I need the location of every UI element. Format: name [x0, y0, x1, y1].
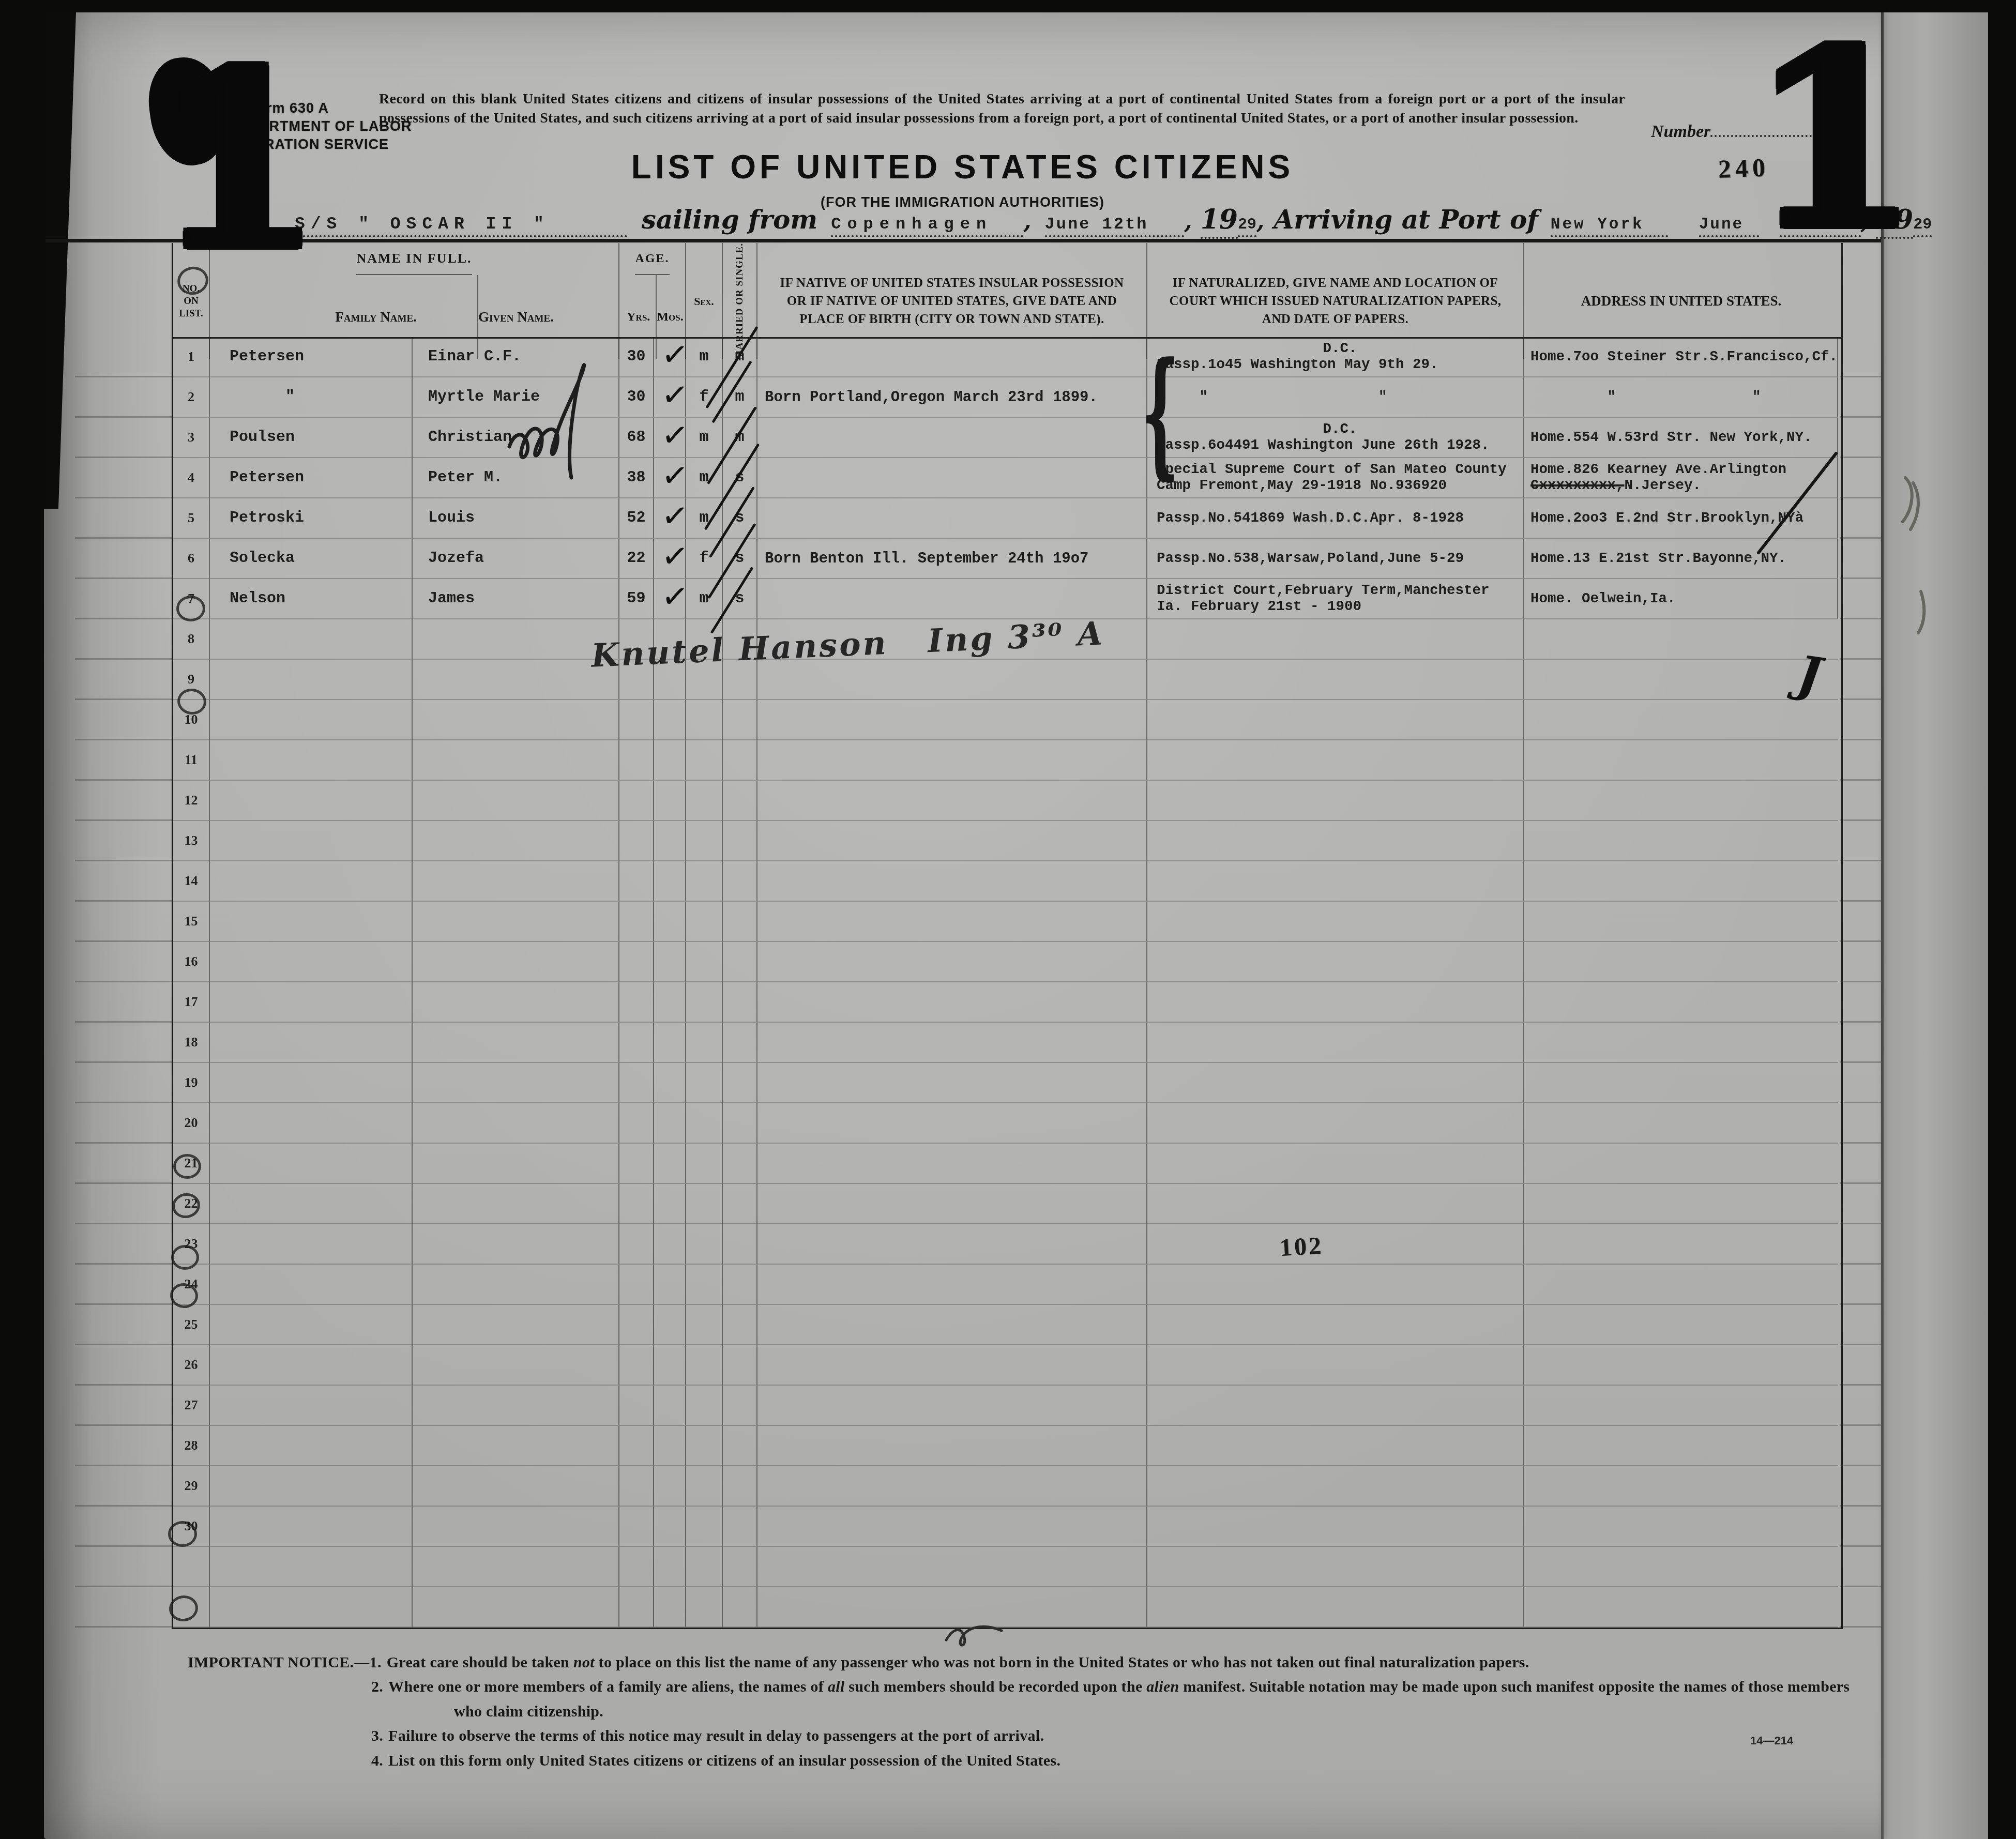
- cell-age-months: [654, 1184, 686, 1224]
- cell-given-name: [413, 982, 619, 1023]
- cell-birth-info: [757, 337, 1147, 377]
- year-printed: 19: [1201, 204, 1238, 239]
- table-row: [173, 1587, 1841, 1628]
- col-header-age: AGE.: [635, 243, 669, 275]
- cell-line-number: 16: [173, 942, 210, 982]
- cell-age-years: 52: [619, 498, 654, 539]
- cell-given-name: James: [413, 579, 619, 619]
- cell-age-years: [619, 781, 654, 821]
- cell-marital-status: [723, 1587, 757, 1628]
- cell-us-address: [1524, 1587, 1838, 1628]
- cell-age-years: [619, 1386, 654, 1426]
- form-instructions: Record on this blank United States citiz…: [379, 90, 1625, 128]
- cell-birth-info: [757, 942, 1147, 982]
- cell-birth-info: [757, 1466, 1147, 1507]
- cell-sex: [686, 1265, 723, 1305]
- cell-age-years: [619, 1144, 654, 1184]
- cell-line-number: [173, 1547, 210, 1587]
- cell-family-name: [210, 942, 413, 982]
- cell-marital-status: [723, 942, 757, 982]
- cell-age-months: ✓: [654, 418, 686, 458]
- cell-birth-info: [757, 1063, 1147, 1103]
- cell-marital-status: [723, 1305, 757, 1345]
- cell-line-number: 13: [173, 821, 210, 861]
- cell-birth-info: [757, 1345, 1147, 1386]
- cell-sex: [686, 1103, 723, 1144]
- cell-age-years: [619, 902, 654, 942]
- cell-line-number: 5: [173, 498, 210, 539]
- cell-marital-status: [723, 1547, 757, 1587]
- cell-birth-info: [757, 1305, 1147, 1345]
- cell-family-name: [210, 1184, 413, 1224]
- cell-age-years: [619, 1507, 654, 1547]
- table-row: 11: [173, 740, 1841, 781]
- cell-line-number: 14: [173, 861, 210, 902]
- cell-sex: [686, 1305, 723, 1345]
- cell-marital-status: [723, 781, 757, 821]
- cell-family-name: Nelson: [210, 579, 413, 619]
- cell-family-name: [210, 1144, 413, 1184]
- cell-sex: [686, 821, 723, 861]
- table-row: 4PetersenPeter M.38✓msSpecial Supreme Co…: [173, 458, 1841, 498]
- cell-us-address: [1524, 861, 1838, 902]
- handwritten-brace: {: [1141, 333, 1179, 494]
- cell-sex: [686, 902, 723, 942]
- cell-age-months: [654, 1265, 686, 1305]
- cell-age-months: [654, 1466, 686, 1507]
- cell-line-number: 15: [173, 902, 210, 942]
- cell-us-address: [1524, 1224, 1838, 1265]
- cell-age-years: [619, 982, 654, 1023]
- cell-family-name: Petersen: [210, 337, 413, 377]
- cell-age-months: [654, 1305, 686, 1345]
- cell-naturalization: Passp.No.538,Warsaw,Poland,June 5-29: [1147, 539, 1524, 579]
- cell-birth-info: [757, 418, 1147, 458]
- vessel-name: S/S " OSCAR II ": [295, 215, 627, 237]
- cell-given-name: [413, 1305, 619, 1345]
- cell-given-name: [413, 740, 619, 781]
- cell-given-name: [413, 1547, 619, 1587]
- cell-age-months: [654, 1063, 686, 1103]
- important-notice: IMPORTANT NOTICE.—1.Great care should be…: [188, 1650, 1876, 1773]
- cell-family-name: [210, 1023, 413, 1063]
- cell-us-address: [1524, 942, 1838, 982]
- cell-age-years: 59: [619, 579, 654, 619]
- cell-given-name: [413, 1265, 619, 1305]
- cell-family-name: ": [210, 377, 413, 418]
- cell-age-years: [619, 942, 654, 982]
- cell-marital-status: [723, 740, 757, 781]
- cell-us-address: [1524, 1345, 1838, 1386]
- cell-naturalization: " ": [1147, 377, 1524, 418]
- cell-birth-info: [757, 781, 1147, 821]
- cell-given-name: [413, 902, 619, 942]
- scanner-background: { "page": { "corner_mark": "1", "form_st…: [0, 0, 2016, 1839]
- cell-family-name: [210, 1265, 413, 1305]
- cell-line-number: 8: [173, 619, 210, 660]
- cell-marital-status: [723, 1507, 757, 1547]
- cell-naturalization: [1147, 821, 1524, 861]
- cell-sex: [686, 1023, 723, 1063]
- cell-given-name: [413, 1587, 619, 1628]
- cell-age-months: [654, 861, 686, 902]
- cell-line-number: 19: [173, 1063, 210, 1103]
- cell-birth-info: [757, 821, 1147, 861]
- table-row: 1PetersenEinar C.F.30✓mmD.C.Passp.1o45 W…: [173, 337, 1841, 377]
- cell-birth-info: [757, 902, 1147, 942]
- cell-marital-status: [723, 1224, 757, 1265]
- cell-naturalization: D.C.Passp.1o45 Washington May 9th 29.: [1147, 337, 1524, 377]
- cell-naturalization: [1147, 1507, 1524, 1547]
- cell-age-years: [619, 1224, 654, 1265]
- cell-naturalization: [1147, 781, 1524, 821]
- cell-birth-info: [757, 1547, 1147, 1587]
- cell-age-months: [654, 942, 686, 982]
- cell-given-name: [413, 1103, 619, 1144]
- scan-edge-shadow: [44, 12, 76, 509]
- cell-us-address: [1524, 1547, 1838, 1587]
- arriving-label: Arriving at Port of: [1274, 204, 1538, 235]
- cell-given-name: [413, 942, 619, 982]
- handwritten-circle-mark: [171, 1245, 199, 1270]
- cell-naturalization: [1147, 1345, 1524, 1386]
- handwritten-squiggle: [944, 1619, 1006, 1650]
- manifest-page: 1 1 Form 630 A U. S. DEPARTMENT OF LABOR…: [44, 12, 1988, 1839]
- cell-line-number: 28: [173, 1426, 210, 1466]
- table-row: 26: [173, 1345, 1841, 1386]
- cell-birth-info: [757, 1144, 1147, 1184]
- cell-age-months: [654, 1587, 686, 1628]
- cell-naturalization: [1147, 1426, 1524, 1466]
- cell-us-address: [1524, 619, 1838, 660]
- cell-given-name: Jozefa: [413, 539, 619, 579]
- cell-sex: [686, 1547, 723, 1587]
- cell-naturalization: [1147, 1184, 1524, 1224]
- cell-age-years: [619, 740, 654, 781]
- cell-given-name: [413, 1023, 619, 1063]
- cell-family-name: [210, 1224, 413, 1265]
- cell-naturalization: Passp.No.541869 Wash.D.C.Apr. 8-1928: [1147, 498, 1524, 539]
- cell-us-address: [1524, 1466, 1838, 1507]
- cell-marital-status: [723, 1063, 757, 1103]
- table-row: 17: [173, 982, 1841, 1023]
- cell-family-name: [210, 660, 413, 700]
- cell-us-address: Home.554 W.53rd Str. New York,NY.: [1524, 418, 1838, 458]
- cell-us-address: [1524, 740, 1838, 781]
- cell-birth-info: [757, 498, 1147, 539]
- cell-us-address: [1524, 1265, 1838, 1305]
- cell-age-months: [654, 982, 686, 1023]
- cell-sex: [686, 1224, 723, 1265]
- cell-naturalization: [1147, 1224, 1524, 1265]
- cell-us-address: Home.826 Kearney Ave.ArlingtonCxxxxxxxxx…: [1524, 458, 1838, 498]
- cell-naturalization: [1147, 619, 1524, 660]
- cell-age-months: ✓: [654, 579, 686, 619]
- cell-age-months: ✓: [654, 377, 686, 418]
- cell-given-name: [413, 1345, 619, 1386]
- cell-given-name: [413, 1466, 619, 1507]
- list-number-stamp-right: 1: [1750, 28, 1919, 251]
- table-row: 12: [173, 781, 1841, 821]
- table-row: 22: [173, 1184, 1841, 1224]
- cell-line-number: 11: [173, 740, 210, 781]
- cell-age-years: [619, 1023, 654, 1063]
- cell-age-years: [619, 700, 654, 740]
- notice-item: 2.Where one or more members of a family …: [188, 1675, 1876, 1724]
- cell-sex: [686, 1386, 723, 1426]
- cell-given-name: [413, 1144, 619, 1184]
- cell-us-address: [1524, 1386, 1838, 1426]
- cell-birth-info: [757, 1023, 1147, 1063]
- cell-age-months: [654, 740, 686, 781]
- cell-birth-info: Born Portland,Oregon March 23rd 1899.: [757, 377, 1147, 418]
- cell-family-name: [210, 982, 413, 1023]
- cell-age-months: [654, 1023, 686, 1063]
- cell-sex: m: [686, 458, 723, 498]
- cell-naturalization: [1147, 1587, 1524, 1628]
- cell-given-name: [413, 1184, 619, 1224]
- cell-naturalization: District Court,February Term,ManchesterI…: [1147, 579, 1524, 619]
- cell-age-years: [619, 861, 654, 902]
- departure-date: June 12th: [1045, 215, 1185, 237]
- cell-age-months: ✓: [654, 458, 686, 498]
- cell-sex: [686, 1345, 723, 1386]
- cell-sex: [686, 982, 723, 1023]
- table-row: 25: [173, 1305, 1841, 1345]
- cell-marital-status: [723, 1184, 757, 1224]
- notice-label: IMPORTANT NOTICE.—: [188, 1654, 370, 1671]
- cell-family-name: [210, 740, 413, 781]
- cell-marital-status: [723, 1023, 757, 1063]
- cell-family-name: [210, 1507, 413, 1547]
- comma: ,: [1023, 208, 1031, 234]
- cell-age-years: [619, 1103, 654, 1144]
- cell-naturalization: [1147, 740, 1524, 781]
- cell-us-address: [1524, 1305, 1838, 1345]
- cell-line-number: 4: [173, 458, 210, 498]
- cell-sex: [686, 781, 723, 821]
- departure-year: 29: [1238, 216, 1256, 237]
- cell-line-number: 3: [173, 418, 210, 458]
- page-fold-strip: [1884, 12, 1988, 1839]
- cell-given-name: [413, 861, 619, 902]
- cell-family-name: [210, 1305, 413, 1345]
- col-header-name-in-full: NAME IN FULL.: [356, 243, 472, 275]
- cell-age-months: [654, 1426, 686, 1466]
- table-row: 24: [173, 1265, 1841, 1305]
- arrival-port: New York: [1551, 216, 1668, 237]
- cell-marital-status: [723, 1103, 757, 1144]
- table-body: 1PetersenEinar C.F.30✓mmD.C.Passp.1o45 W…: [172, 337, 1843, 1629]
- cell-family-name: [210, 781, 413, 821]
- cell-age-years: [619, 821, 654, 861]
- cell-age-months: [654, 1224, 686, 1265]
- cell-age-months: [654, 1386, 686, 1426]
- notice-item: 4.List on this form only United States c…: [188, 1749, 1876, 1773]
- table-row: 7NelsonJames59✓msDistrict Court,February…: [173, 579, 1841, 619]
- cell-naturalization: [1147, 861, 1524, 902]
- cell-birth-info: [757, 458, 1147, 498]
- cell-sex: m: [686, 418, 723, 458]
- cell-line-number: 26: [173, 1345, 210, 1386]
- cell-us-address: [1524, 700, 1838, 740]
- cell-sex: m: [686, 498, 723, 539]
- cell-birth-info: [757, 1184, 1147, 1224]
- cell-naturalization: [1147, 700, 1524, 740]
- cell-marital-status: [723, 902, 757, 942]
- cell-us-address: [1524, 660, 1838, 700]
- table-row: 27: [173, 1386, 1841, 1426]
- cell-birth-info: [757, 1386, 1147, 1426]
- cell-birth-info: [757, 1103, 1147, 1144]
- table-row: 2 "Myrtle Marie30✓fmBorn Portland,Oregon…: [173, 377, 1841, 418]
- handwritten-scribble-wife: [502, 354, 631, 493]
- table-row: 5PetroskiLouis52✓msPassp.No.541869 Wash.…: [173, 498, 1841, 539]
- cell-given-name: [413, 1426, 619, 1466]
- table-row: 29: [173, 1466, 1841, 1507]
- cell-age-months: [654, 821, 686, 861]
- cell-given-name: [413, 821, 619, 861]
- cell-age-years: [619, 1587, 654, 1628]
- cell-birth-info: [757, 579, 1147, 619]
- table-row: 13: [173, 821, 1841, 861]
- cell-us-address: [1524, 1426, 1838, 1466]
- table-row: 10: [173, 700, 1841, 740]
- cell-sex: [686, 942, 723, 982]
- cell-marital-status: [723, 1386, 757, 1426]
- cell-naturalization: [1147, 1023, 1524, 1063]
- notice-item: IMPORTANT NOTICE.—1.Great care should be…: [188, 1650, 1876, 1675]
- cell-us-address: [1524, 1144, 1838, 1184]
- handwritten-circle-mark: [173, 1154, 201, 1179]
- cell-us-address: " ": [1524, 377, 1838, 418]
- cell-age-months: [654, 1144, 686, 1184]
- cell-given-name: [413, 781, 619, 821]
- table-row: 28: [173, 1426, 1841, 1466]
- cell-marital-status: [723, 1144, 757, 1184]
- sailing-from-label: sailing from: [642, 204, 817, 235]
- cell-given-name: [413, 1063, 619, 1103]
- cell-sex: [686, 1426, 723, 1466]
- cell-age-months: [654, 1103, 686, 1144]
- cell-birth-info: [757, 700, 1147, 740]
- handwritten-circle-mark: [176, 596, 205, 621]
- cell-sex: [686, 700, 723, 740]
- cell-naturalization: [1147, 982, 1524, 1023]
- table-row: 23: [173, 1224, 1841, 1265]
- cell-age-months: [654, 1345, 686, 1386]
- cell-marital-status: [723, 1466, 757, 1507]
- cell-family-name: [210, 821, 413, 861]
- cell-family-name: Petroski: [210, 498, 413, 539]
- cell-naturalization: [1147, 1386, 1524, 1426]
- ruled-lines-right: [1840, 337, 1881, 1628]
- table-row: 30: [173, 1507, 1841, 1547]
- cell-family-name: Solecka: [210, 539, 413, 579]
- cell-naturalization: [1147, 1103, 1524, 1144]
- cell-us-address: Home.7oo Steiner Str.S.Francisco,Cf.: [1524, 337, 1838, 377]
- table-row: 16: [173, 942, 1841, 982]
- margin-pencil-marks: [1890, 473, 1962, 638]
- cell-birth-info: Born Benton Ill. September 24th 19o7: [757, 539, 1147, 579]
- cell-naturalization: [1147, 1466, 1524, 1507]
- cell-given-name: Louis: [413, 498, 619, 539]
- cell-given-name: [413, 619, 619, 660]
- cell-age-years: [619, 1305, 654, 1345]
- table-row: [173, 1547, 1841, 1587]
- cell-naturalization: [1147, 1305, 1524, 1345]
- voyage-header: S. S/S " OSCAR II " sailing from Copenha…: [236, 202, 1883, 239]
- cell-given-name: [413, 1507, 619, 1547]
- cell-naturalization: [1147, 660, 1524, 700]
- cell-line-number: 20: [173, 1103, 210, 1144]
- table-row: 21: [173, 1144, 1841, 1184]
- cell-age-years: [619, 1265, 654, 1305]
- cell-family-name: [210, 619, 413, 660]
- cell-family-name: [210, 1345, 413, 1386]
- cell-sex: [686, 861, 723, 902]
- cell-us-address: Home.13 E.21st Str.Bayonne,NY.: [1524, 539, 1838, 579]
- cell-line-number: 27: [173, 1386, 210, 1426]
- cell-us-address: [1524, 982, 1838, 1023]
- cell-age-years: [619, 1547, 654, 1587]
- cell-family-name: Poulsen: [210, 418, 413, 458]
- cell-line-number: 18: [173, 1023, 210, 1063]
- cell-age-months: [654, 902, 686, 942]
- cell-marital-status: [723, 982, 757, 1023]
- cell-family-name: [210, 861, 413, 902]
- cell-line-number: 12: [173, 781, 210, 821]
- cell-birth-info: [757, 1507, 1147, 1547]
- cell-given-name: [413, 1224, 619, 1265]
- cell-naturalization: [1147, 1547, 1524, 1587]
- cell-age-years: [619, 1345, 654, 1386]
- ruled-lines-left: [75, 337, 172, 1628]
- cell-naturalization: [1147, 1063, 1524, 1103]
- cell-age-months: [654, 781, 686, 821]
- cell-family-name: [210, 1386, 413, 1426]
- cell-marital-status: s: [723, 498, 757, 539]
- table-row: 15: [173, 902, 1841, 942]
- cell-given-name: [413, 660, 619, 700]
- page-number-stamp: 102: [1279, 1232, 1324, 1262]
- cell-line-number: 25: [173, 1305, 210, 1345]
- cell-sex: [686, 1144, 723, 1184]
- cell-line-number: 17: [173, 982, 210, 1023]
- cell-age-months: [654, 1547, 686, 1587]
- cell-marital-status: [723, 1426, 757, 1466]
- cell-birth-info: [757, 740, 1147, 781]
- cell-age-years: [619, 1063, 654, 1103]
- cell-naturalization: [1147, 1144, 1524, 1184]
- cell-age-months: ✓: [654, 539, 686, 579]
- cell-birth-info: [757, 660, 1147, 700]
- cell-marital-status: [723, 700, 757, 740]
- cell-given-name: [413, 700, 619, 740]
- cell-age-months: ✓: [654, 498, 686, 539]
- table-row: 20: [173, 1103, 1841, 1144]
- cell-age-months: [654, 1507, 686, 1547]
- list-number-stamp-left: 1: [154, 49, 323, 272]
- cell-family-name: [210, 1587, 413, 1628]
- form-print-code: 14—214: [1750, 1734, 1793, 1747]
- table-row: 19: [173, 1063, 1841, 1103]
- cell-family-name: [210, 1547, 413, 1587]
- cell-naturalization: [1147, 902, 1524, 942]
- notice-item: 3.Failure to observe the terms of this n…: [188, 1724, 1876, 1748]
- cell-age-years: [619, 1426, 654, 1466]
- cell-line-number: 29: [173, 1466, 210, 1507]
